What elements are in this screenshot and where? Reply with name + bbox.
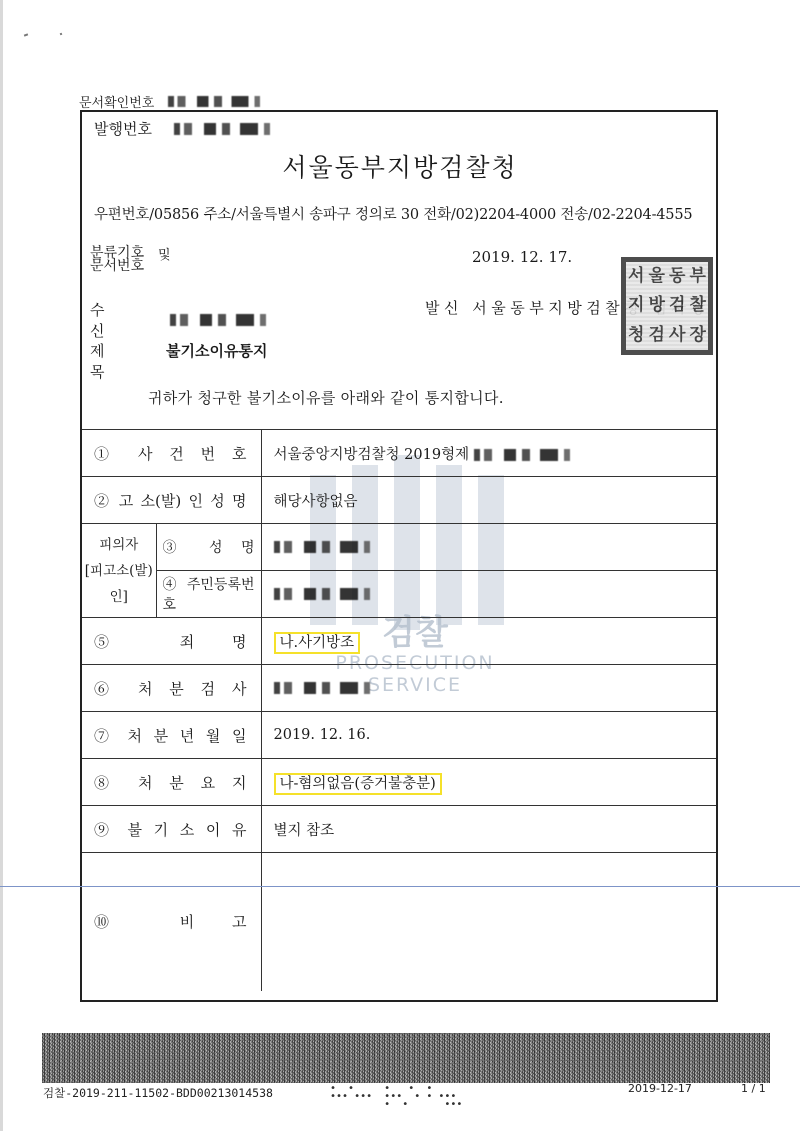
row-value: 해당사항없음: [261, 477, 716, 524]
redacted-value: [274, 682, 374, 694]
table-row: ⑨ 불 기 소 이 유 별지 참조: [82, 806, 716, 853]
classification-label: 분류기호 문서번호: [90, 247, 144, 273]
security-barcode: [42, 1033, 770, 1083]
suspect-group-label: 피의자 [피고소(발)인]: [82, 524, 156, 618]
row-value: [261, 665, 716, 712]
issue-number: 발행번호: [94, 118, 274, 139]
notice-table: ① 사 건 번 호 서울중앙지방검찰청 2019형제 ② 고 소(발) 인 성 …: [82, 429, 716, 991]
group-label-line2: [피고소(발)인]: [84, 558, 154, 610]
row-label: ⑤ 죄 명: [82, 618, 261, 665]
scan-speck: [60, 33, 63, 36]
recipient-label: 수신: [90, 299, 170, 341]
table-row: ① 사 건 번 호 서울중앙지방검찰청 2019형제: [82, 430, 716, 477]
doc-confirm-label: 문서확인번호: [79, 92, 154, 111]
seal-char: 사: [667, 321, 688, 350]
seal-char: 검: [647, 321, 668, 350]
seal-char: 부: [688, 262, 709, 291]
row-label: ⑦ 처 분 년 월 일: [82, 712, 261, 759]
seal-char: 장: [688, 321, 709, 350]
seal-char: 지: [626, 291, 647, 320]
footer-document-id: 검찰-2019-211-11502-BDD00213014538: [43, 1085, 273, 1101]
table-row: ② 고 소(발) 인 성 명 해당사항없음: [82, 477, 716, 524]
issue-label: 발행번호: [94, 118, 152, 139]
seal-char: 서: [626, 262, 647, 291]
table-row: ⑧ 처 분 요 지 나-혐의없음(증거불충분): [82, 759, 716, 806]
redacted-value: [274, 588, 374, 600]
agency-title: 서울동부지방검찰청: [0, 148, 800, 184]
row-label: ⑩ 비 고: [82, 853, 261, 991]
group-label-line1: 피의자: [84, 532, 154, 558]
row-value: 2019. 12. 16.: [261, 712, 716, 759]
seal-char: 울: [647, 262, 668, 291]
table-row: ⑦ 처 분 년 월 일 2019. 12. 16.: [82, 712, 716, 759]
subject-value: 불기소이유통지: [166, 340, 267, 382]
row-value: [261, 571, 716, 618]
row-value: 나.사기방조: [261, 618, 716, 665]
redacted-value: [168, 96, 264, 107]
scan-speck: [24, 33, 28, 36]
row-value: 별지 참조: [261, 806, 716, 853]
case-number-prefix: 서울중앙지방검찰청 2019형제: [274, 447, 470, 463]
seal-char: 동: [667, 262, 688, 291]
seal-char: 방: [647, 291, 668, 320]
row-label: ③ 성 명: [156, 524, 261, 571]
redacted-value: [174, 123, 274, 135]
subject-row: 제목 불기소이유통지: [90, 340, 267, 382]
seal-char: 검: [667, 291, 688, 320]
highlighted-value: 나-혐의없음(증거불충분): [274, 773, 442, 795]
recipient-row: 수신: [90, 299, 270, 341]
row-label: ⑧ 처 분 요 지: [82, 759, 261, 806]
row-value: 나-혐의없음(증거불충분): [261, 759, 716, 806]
classification-and: 및: [158, 244, 171, 263]
table-row: ④주민등록번호: [82, 571, 716, 618]
notice-text: 귀하가 청구한 불기소이유를 아래와 같이 통지합니다.: [148, 387, 504, 408]
row-label: ⑨ 불 기 소 이 유: [82, 806, 261, 853]
seal-char: 찰: [688, 291, 709, 320]
issue-date: 2019. 12. 17.: [472, 248, 572, 266]
table-row: ⑩ 비 고: [82, 853, 716, 991]
footer-print-date: 2019-12-17: [628, 1082, 692, 1095]
table-row: ⑤ 죄 명 나.사기방조: [82, 618, 716, 665]
row-label: ⑥ 처 분 검 사: [82, 665, 261, 712]
table-row: ⑥ 처 분 검 사: [82, 665, 716, 712]
classification-label-line2: 문서번호: [90, 260, 144, 273]
row-label: ④주민등록번호: [156, 571, 261, 618]
subject-label: 제목: [90, 340, 166, 382]
scan-line: [0, 886, 800, 887]
table-row: 피의자 [피고소(발)인] ③ 성 명: [82, 524, 716, 571]
official-seal-icon: 서 울 동 부 지 방 검 찰 청 검 사 장: [621, 257, 713, 355]
redacted-value: [274, 541, 374, 553]
footer-page-number: 1 / 1: [741, 1082, 766, 1095]
row-value: [261, 524, 716, 571]
seal-char: 청: [626, 321, 647, 350]
row-value: 서울중앙지방검찰청 2019형제: [261, 430, 716, 477]
footer-dot-code: • • • • • ••• ••• ••• • • ••• • • •••: [330, 1085, 462, 1109]
highlighted-value: 나.사기방조: [274, 632, 361, 654]
row-label: ② 고 소(발) 인 성 명: [82, 477, 261, 524]
document-confirmation-number: 문서확인번호: [79, 92, 264, 111]
agency-address: 우편번호/05856 주소/서울특별시 송파구 정의로 30 전화/02)220…: [94, 203, 692, 224]
row-label: ① 사 건 번 호: [82, 430, 261, 477]
row-value: [261, 853, 716, 991]
redacted-value: [474, 449, 574, 461]
redacted-value: [170, 314, 270, 326]
